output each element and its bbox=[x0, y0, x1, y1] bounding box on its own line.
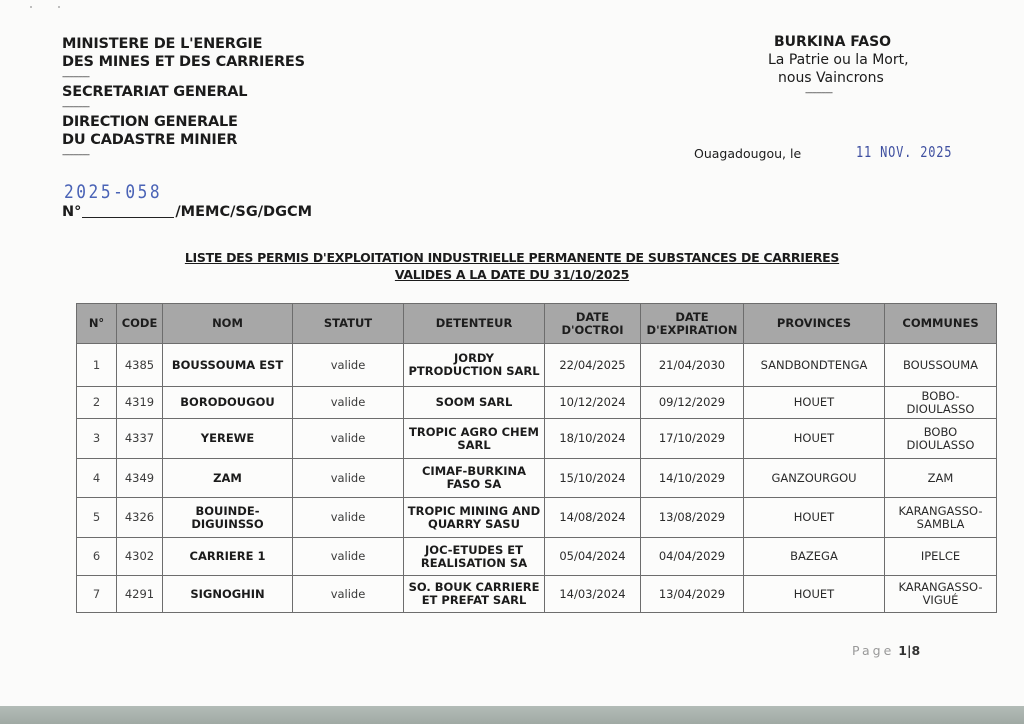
issuing-authority-block: MINISTERE DE L'ENERGIE DES MINES ET DES … bbox=[62, 35, 305, 161]
document-subtitle: VALIDES A LA DATE DU 31/10/2025 bbox=[0, 267, 1024, 282]
col-code-header: CODE bbox=[117, 304, 163, 344]
col-name-cell: BOUSSOUMA EST bbox=[163, 344, 293, 387]
col-name-cell: SIGNOGHIN bbox=[163, 576, 293, 613]
place-label: Ouagadougou, le bbox=[694, 146, 801, 161]
table-row: 44349ZAMvalideCIMAF-BURKINA FASO SA15/10… bbox=[77, 459, 997, 498]
col-code-cell: 4326 bbox=[117, 498, 163, 538]
col-province-cell: SANDBONDTENGA bbox=[744, 344, 885, 387]
col-holder-cell: TROPIC MINING AND QUARRY SASU bbox=[404, 498, 545, 538]
col-commune-header: COMMUNES bbox=[885, 304, 997, 344]
col-number-cell: 3 bbox=[77, 419, 117, 459]
table-row: 14385BOUSSOUMA ESTvalideJORDY PTRODUCTIO… bbox=[77, 344, 997, 387]
col-number-cell: 4 bbox=[77, 459, 117, 498]
col-grant-date-header: DATE D'OCTROI bbox=[545, 304, 641, 344]
col-name-cell: BOUINDE-DIGUINSSO bbox=[163, 498, 293, 538]
col-name-cell: CARRIERE 1 bbox=[163, 538, 293, 576]
scan-speck bbox=[58, 6, 60, 8]
col-status-cell: valide bbox=[293, 419, 404, 459]
col-holder-cell: TROPIC AGRO CHEM SARL bbox=[404, 419, 545, 459]
col-code-cell: 4385 bbox=[117, 344, 163, 387]
table-row: 34337YEREWEvalideTROPIC AGRO CHEM SARL18… bbox=[77, 419, 997, 459]
table-row: 74291SIGNOGHINvalideSO. BOUK CARRIERE ET… bbox=[77, 576, 997, 613]
page-current: 1 bbox=[898, 643, 907, 658]
col-holder-cell: SO. BOUK CARRIERE ET PREFAT SARL bbox=[404, 576, 545, 613]
col-province-header: PROVINCES bbox=[744, 304, 885, 344]
col-name-header: NOM bbox=[163, 304, 293, 344]
col-grant-date-cell: 22/04/2025 bbox=[545, 344, 641, 387]
col-province-cell: BAZEGA bbox=[744, 538, 885, 576]
col-name-cell: BORODOUGOU bbox=[163, 387, 293, 419]
col-grant-date-cell: 15/10/2024 bbox=[545, 459, 641, 498]
ref-suffix: /MEMC/SG/DGCM bbox=[175, 204, 312, 220]
col-expiry-date-cell: 13/04/2029 bbox=[641, 576, 744, 613]
col-province-cell: HOUET bbox=[744, 576, 885, 613]
separator: ------------ bbox=[62, 101, 305, 113]
page-label: Page bbox=[852, 643, 894, 658]
page-total: 8 bbox=[912, 643, 921, 658]
col-expiry-date-cell: 09/12/2029 bbox=[641, 387, 744, 419]
col-province-cell: GANZOURGOU bbox=[744, 459, 885, 498]
document-title: LISTE DES PERMIS D'EXPLOITATION INDUSTRI… bbox=[0, 250, 1024, 265]
col-grant-date-cell: 10/12/2024 bbox=[545, 387, 641, 419]
col-holder-header: DETENTEUR bbox=[404, 304, 545, 344]
reference-number-stamp: 2025-058 bbox=[64, 181, 162, 203]
col-number-cell: 7 bbox=[77, 576, 117, 613]
col-code-cell: 4302 bbox=[117, 538, 163, 576]
col-holder-cell: JOC-ETUDES ET REALISATION SA bbox=[404, 538, 545, 576]
separator: ------------ bbox=[760, 87, 920, 99]
col-expiry-date-cell: 04/04/2029 bbox=[641, 538, 744, 576]
col-province-cell: HOUET bbox=[744, 498, 885, 538]
table-row: 24319BORODOUGOUvalideSOOM SARL10/12/2024… bbox=[77, 387, 997, 419]
table-header-row: N°CODENOMSTATUTDETENTEURDATE D'OCTROIDAT… bbox=[77, 304, 997, 344]
col-status-cell: valide bbox=[293, 387, 404, 419]
col-province-cell: HOUET bbox=[744, 387, 885, 419]
col-holder-cell: CIMAF-BURKINA FASO SA bbox=[404, 459, 545, 498]
ref-prefix: N° bbox=[62, 204, 81, 220]
ref-blank bbox=[82, 217, 174, 218]
col-commune-cell: BOBO DIOULASSO bbox=[885, 419, 997, 459]
col-expiry-date-cell: 14/10/2029 bbox=[641, 459, 744, 498]
ministry-line1: MINISTERE DE L'ENERGIE bbox=[62, 35, 305, 53]
col-status-header: STATUT bbox=[293, 304, 404, 344]
col-code-cell: 4291 bbox=[117, 576, 163, 613]
date-stamp: 11 NOV. 2025 bbox=[856, 143, 952, 161]
col-expiry-date-header: DATE D'EXPIRATION bbox=[641, 304, 744, 344]
col-status-cell: valide bbox=[293, 576, 404, 613]
motto-line2: nous Vaincrons bbox=[760, 69, 920, 87]
ministry-line2: DES MINES ET DES CARRIERES bbox=[62, 53, 305, 71]
col-number-cell: 2 bbox=[77, 387, 117, 419]
country-name: BURKINA FASO bbox=[760, 33, 920, 51]
separator: ------------ bbox=[62, 71, 305, 83]
document-page: MINISTERE DE L'ENERGIE DES MINES ET DES … bbox=[0, 0, 1024, 706]
col-commune-cell: ZAM bbox=[885, 459, 997, 498]
table-row: 54326BOUINDE-DIGUINSSOvalideTROPIC MININ… bbox=[77, 498, 997, 538]
col-expiry-date-cell: 21/04/2030 bbox=[641, 344, 744, 387]
col-number-cell: 1 bbox=[77, 344, 117, 387]
scan-speck bbox=[30, 6, 32, 8]
col-code-cell: 4349 bbox=[117, 459, 163, 498]
col-expiry-date-cell: 17/10/2029 bbox=[641, 419, 744, 459]
col-holder-cell: SOOM SARL bbox=[404, 387, 545, 419]
col-status-cell: valide bbox=[293, 498, 404, 538]
col-status-cell: valide bbox=[293, 459, 404, 498]
col-grant-date-cell: 14/08/2024 bbox=[545, 498, 641, 538]
col-expiry-date-cell: 13/08/2029 bbox=[641, 498, 744, 538]
permits-table: N°CODENOMSTATUTDETENTEURDATE D'OCTROIDAT… bbox=[76, 303, 997, 613]
col-name-cell: ZAM bbox=[163, 459, 293, 498]
col-status-cell: valide bbox=[293, 538, 404, 576]
col-holder-cell: JORDY PTRODUCTION SARL bbox=[404, 344, 545, 387]
country-block: BURKINA FASO La Patrie ou la Mort, nous … bbox=[760, 33, 920, 99]
secretariat: SECRETARIAT GENERAL bbox=[62, 83, 305, 101]
col-grant-date-cell: 18/10/2024 bbox=[545, 419, 641, 459]
col-status-cell: valide bbox=[293, 344, 404, 387]
reference-line: N°/MEMC/SG/DGCM bbox=[62, 204, 312, 220]
col-code-cell: 4337 bbox=[117, 419, 163, 459]
direction-line1: DIRECTION GENERALE bbox=[62, 113, 305, 131]
separator: ------------ bbox=[62, 149, 305, 161]
table-row: 64302CARRIERE 1valideJOC-ETUDES ET REALI… bbox=[77, 538, 997, 576]
col-province-cell: HOUET bbox=[744, 419, 885, 459]
motto-line1: La Patrie ou la Mort, bbox=[760, 51, 920, 69]
col-commune-cell: BOUSSOUMA bbox=[885, 344, 997, 387]
col-commune-cell: KARANGASSO-VIGUÉ bbox=[885, 576, 997, 613]
col-name-cell: YEREWE bbox=[163, 419, 293, 459]
col-grant-date-cell: 14/03/2024 bbox=[545, 576, 641, 613]
col-number-header: N° bbox=[77, 304, 117, 344]
direction-line2: DU CADASTRE MINIER bbox=[62, 131, 305, 149]
col-number-cell: 6 bbox=[77, 538, 117, 576]
col-commune-cell: KARANGASSO-SAMBLA bbox=[885, 498, 997, 538]
col-number-cell: 5 bbox=[77, 498, 117, 538]
col-commune-cell: IPELCE bbox=[885, 538, 997, 576]
scanner-background bbox=[0, 706, 1024, 724]
col-commune-cell: BOBO-DIOULASSO bbox=[885, 387, 997, 419]
col-grant-date-cell: 05/04/2024 bbox=[545, 538, 641, 576]
col-code-cell: 4319 bbox=[117, 387, 163, 419]
page-number: Page 1|8 bbox=[852, 643, 920, 658]
